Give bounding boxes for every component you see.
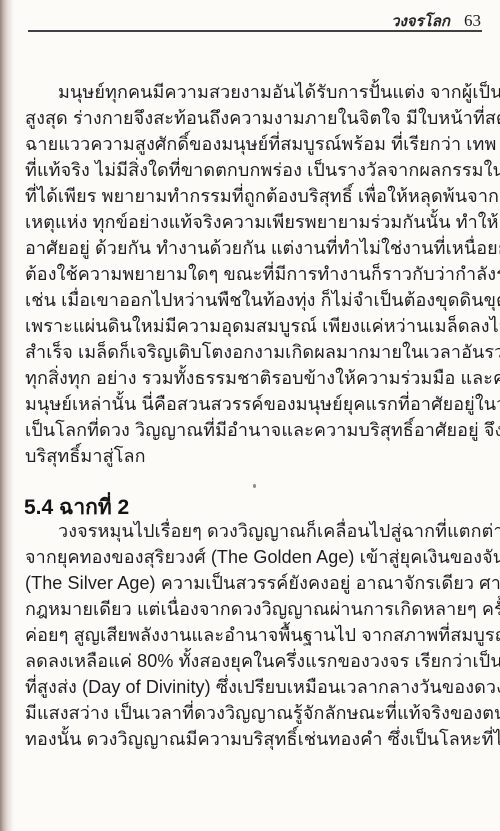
text-line: มนุษย์ทุกคนมีความสวยงามอันได้รับการปั้นแ… (25, 79, 485, 105)
text-line: เช่น เมื่อเขาออกไปหว่านพืชในท้องทุ่ง ก็ไ… (25, 287, 485, 313)
text-line: มนุษย์เหล่านั้น นี่คือสวนสวรรค์ของมนุษย์… (25, 391, 485, 417)
text-line: บริสุทธิ์มาสู่โลก (25, 443, 485, 469)
text-line: อาศัยอยู่ ด้วยกัน ทำงานด้วยกัน แต่งานที่… (25, 235, 485, 261)
text-line: เป็นโลกที่ดวง วิญญาณที่มีอำนาจและความบริ… (25, 417, 485, 443)
text-line: มีแสงสว่าง เป็นเวลาที่ดวงวิญญาณรู้จักลัก… (25, 700, 485, 726)
text-line: เหตุแห่ง ทุกข์อย่างแท้จริงความเพียรพยายา… (25, 209, 485, 235)
text-line: ทุกสิ่งทุก อย่าง รวมทั้งธรรมชาติรอบข้างใ… (25, 365, 485, 391)
text-line: สูงสุด ร่างกายจึงสะท้อนถึงความงามภายในจิ… (25, 105, 485, 131)
text-line: ที่ได้เพียร พยายามทำกรรมที่ถูกต้องบริสุท… (25, 183, 485, 209)
text-line: จากยุคทองของสุริยวงศ์ (The Golden Age) เ… (25, 544, 485, 570)
scan-edge-shadow (0, 0, 14, 831)
text-line: ลดลงเหลือแค่ 80% ทั้งสองยุคในครึ่งแรกของ… (25, 648, 485, 674)
paragraph-1: มนุษย์ทุกคนมีความสวยงามอันได้รับการปั้นแ… (25, 79, 485, 469)
text-line: ต้องใช้ความพยายามใดๆ ขณะที่มีการทำงานก็ร… (25, 261, 485, 287)
text-line: ที่สูงส่ง (Day of Divinity) ซึ่งเปรียบเห… (25, 674, 485, 700)
text-line: วงจรหมุนไปเรื่อยๆ ดวงวิญญาณก็เคลื่อนไปสู… (25, 518, 485, 544)
text-line: ทองนั้น ดวงวิญญาณมีความบริสุทธิ์เช่นทองค… (25, 726, 485, 752)
text-line: ที่แท้จริง ไม่มีสิ่งใดที่ขาดตกบกพร่อง เป… (25, 157, 485, 183)
text-line: สำเร็จ เมล็ดก็เจริญเติบโตงอกงามเกิดผลมาก… (25, 339, 485, 365)
text-line: เพราะแผ่นดินใหม่มีความอุดมสมบูรณ์ เพียงแ… (25, 313, 485, 339)
text-line: กฎหมายเดียว แต่เนื่องจากดวงวิญญาณผ่านการ… (25, 596, 485, 622)
scan-speck (253, 484, 256, 488)
page-number: 63 (464, 11, 481, 31)
header-rule (28, 30, 482, 32)
book-page: วงจรโลก 63 มนุษย์ทุกคนมีความสวยงามอันได้… (0, 0, 500, 831)
paragraph-2: วงจรหมุนไปเรื่อยๆ ดวงวิญญาณก็เคลื่อนไปสู… (25, 518, 485, 752)
text-line: ค่อยๆ สูญเสียพลังงานและอำนาจพื้นฐานไป จา… (25, 622, 485, 648)
text-line: (The Silver Age) ความเป็นสวรรค์ยังคงอยู่… (25, 570, 485, 596)
text-line: ฉายแววความสูงศักดิ์ของมนุษย์ที่สมบูรณ์พร… (25, 131, 485, 157)
